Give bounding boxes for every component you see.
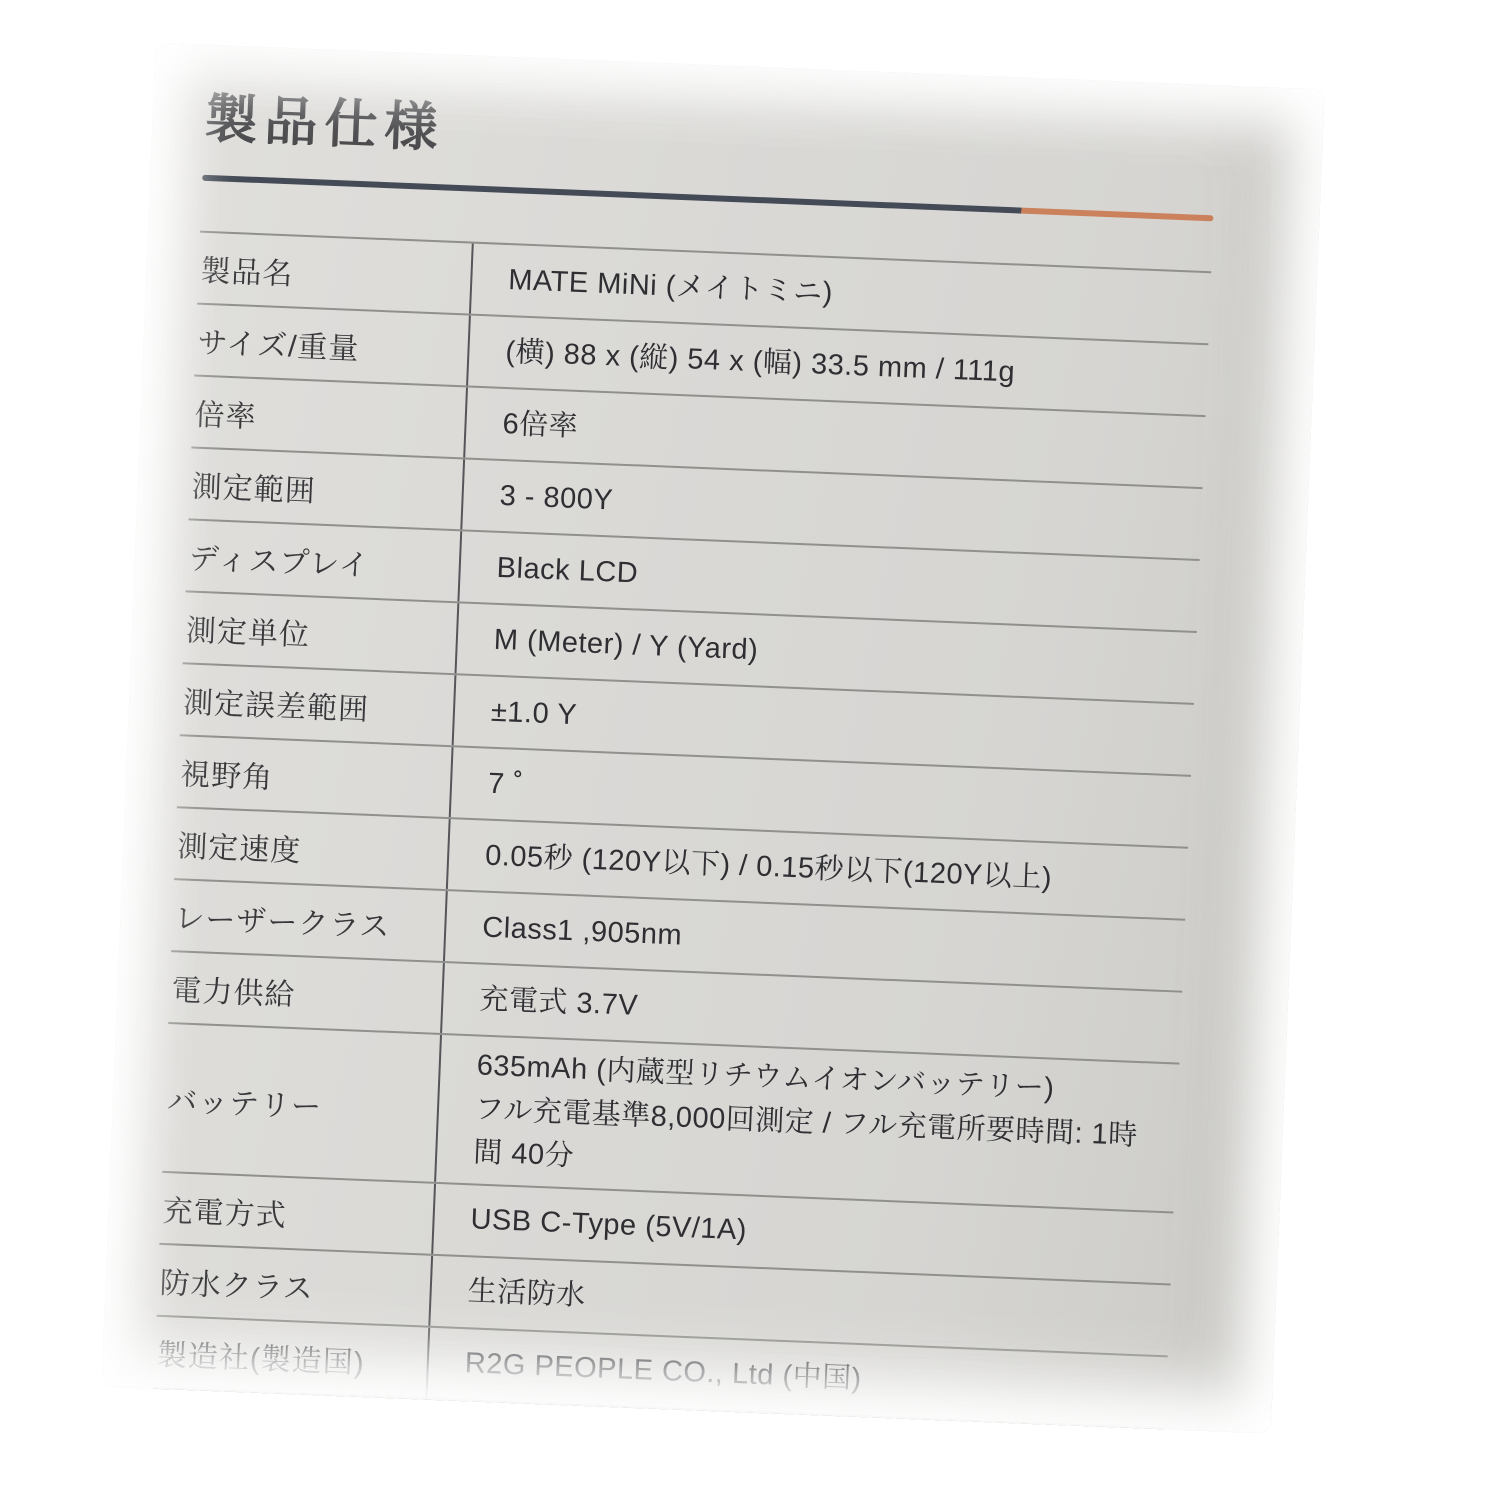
photo-background: 製品仕様 製品名 MATE MiNi (メイトミニ) サイズ/重量 (横) 88… bbox=[0, 0, 1500, 1500]
row-label: 測定単位 bbox=[183, 593, 458, 674]
row-label: 防水クラス bbox=[157, 1245, 432, 1326]
row-label: 電力供給 bbox=[168, 952, 443, 1033]
spec-sheet-paper: 製品仕様 製品名 MATE MiNi (メイトミニ) サイズ/重量 (横) 88… bbox=[102, 43, 1325, 1434]
row-label: ディスプレイ bbox=[186, 521, 461, 602]
row-label: 視野角 bbox=[177, 737, 452, 818]
row-label: 製造社(製造国) bbox=[154, 1317, 429, 1398]
row-label: 倍率 bbox=[191, 377, 466, 458]
row-label: 測定範囲 bbox=[189, 449, 464, 530]
row-label: 測定速度 bbox=[174, 808, 449, 889]
row-label: 測定誤差範囲 bbox=[180, 665, 455, 746]
row-label: バッテリー bbox=[162, 1024, 440, 1181]
spec-sheet-content: 製品仕様 製品名 MATE MiNi (メイトミニ) サイズ/重量 (横) 88… bbox=[154, 91, 1217, 1429]
row-label: 充電方式 bbox=[159, 1173, 434, 1254]
row-label: サイズ/重量 bbox=[194, 305, 469, 386]
row-label: 製品名 bbox=[197, 233, 472, 314]
row-value: 635mAh (内蔵型リチウムイオンバッテリー) フル充電基準8,000回測定 … bbox=[434, 1035, 1179, 1211]
row-label: レーザークラス bbox=[171, 880, 446, 961]
spec-table: 製品名 MATE MiNi (メイトミニ) サイズ/重量 (横) 88 x (縦… bbox=[154, 231, 1212, 1429]
page-title: 製品仕様 bbox=[203, 91, 1217, 190]
